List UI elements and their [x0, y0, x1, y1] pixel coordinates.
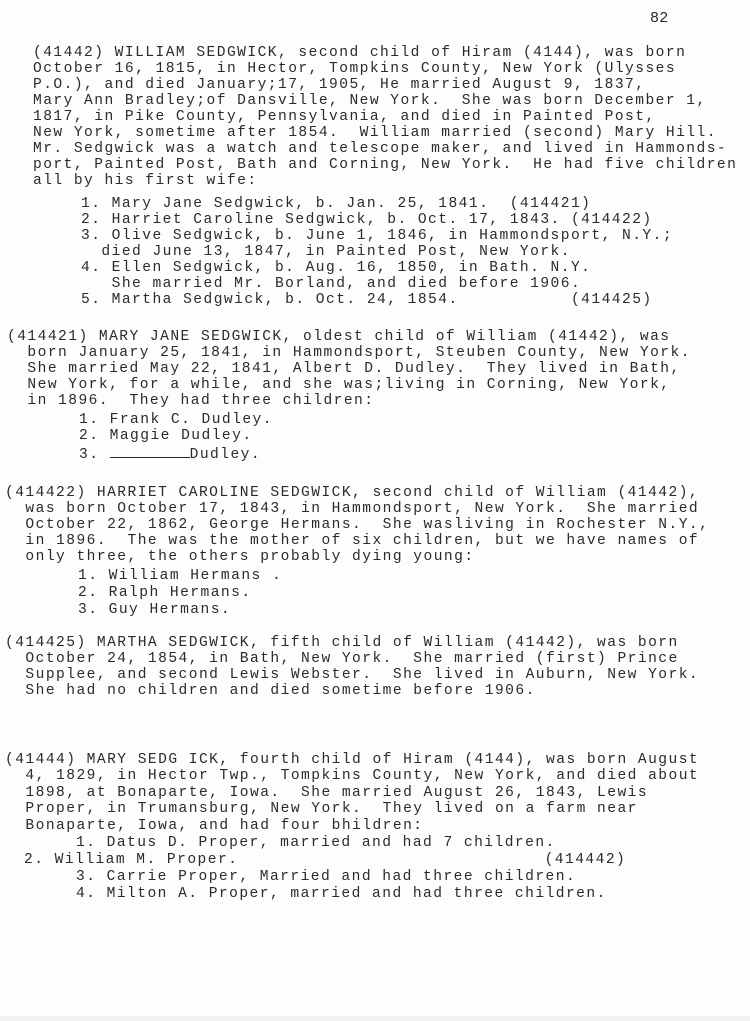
entry-heading-line: (414422) HARRIET CAROLINE SEDGWICK, seco… [5, 485, 699, 501]
entry-text-line: in 1896. They had three children: [7, 393, 374, 409]
entry-text-line: 4, 1829, in Hector Twp., Tompkins County… [5, 768, 699, 784]
child-list-item: 3. Olive Sedgwick, b. June 1, 1846, in H… [81, 228, 673, 244]
entry-text-line: New York, sometime after 1854. William m… [33, 125, 717, 141]
child-list-item: She married Mr. Borland, and died before… [81, 276, 581, 292]
entry-text-line: born January 25, 1841, in Hammondsport, … [7, 345, 691, 361]
entry-text-line: only three, the others probably dying yo… [5, 549, 475, 565]
child-list-item: died June 13, 1847, in Painted Post, New… [81, 244, 571, 260]
child-list-item: 1. Mary Jane Sedgwick, b. Jan. 25, 1841.… [81, 196, 591, 212]
entry-text-line: Mary Ann Bradley;of Dansville, New York.… [33, 93, 707, 109]
entry-text-line: She married May 22, 1841, Albert D. Dudl… [7, 361, 681, 377]
child-list-number: 3. [79, 447, 110, 463]
entry-text-line: October 22, 1862, George Hermans. She wa… [5, 517, 709, 533]
entry-text-line: Bonaparte, Iowa, and had four bhildren: [5, 818, 424, 834]
child-list-item: 1. Datus D. Proper, married and had 7 ch… [76, 835, 556, 851]
child-list-item: 2. Harriet Caroline Sedgwick, b. Oct. 17… [81, 212, 653, 228]
child-list-item: 2. Maggie Dudley. [79, 428, 253, 444]
child-list-item: 3. Guy Hermans. [78, 602, 231, 618]
entry-text-line: Mr. Sedgwick was a watch and telescope m… [33, 141, 727, 157]
child-surname: Dudley. [190, 447, 261, 463]
entry-heading-line: (414421) MARY JANE SEDGWICK, oldest chil… [7, 329, 671, 345]
entry-text-line: 1898, at Bonaparte, Iowa. She married Au… [5, 785, 648, 801]
child-list-item: 4. Milton A. Proper, married and had thr… [76, 886, 607, 902]
child-list-item: 1. Frank C. Dudley. [79, 412, 273, 428]
entry-text-line: 1817, in Pike County, Pennsylvania, and … [33, 109, 656, 125]
child-list-item: 2. William M. Proper. (414442) [24, 852, 626, 868]
child-list-item: 5. Martha Sedgwick, b. Oct. 24, 1854. (4… [81, 292, 653, 308]
document-page: 82 (41442) WILLIAM SEDGWICK, second chil… [0, 0, 750, 1021]
entry-heading-line: (414425) MARTHA SEDGWICK, fifth child of… [5, 635, 679, 651]
page-bottom-edge [0, 1016, 750, 1021]
entry-text-line: port, Painted Post, Bath and Corning, Ne… [33, 157, 737, 173]
entry-text-line: She had no children and died sometime be… [5, 683, 536, 699]
page-number: 82 [650, 10, 669, 27]
child-list-item: 1. William Hermans . [78, 568, 282, 584]
child-list-item: 4. Ellen Sedgwick, b. Aug. 16, 1850, in … [81, 260, 591, 276]
child-list-item: 3. Dudley. [79, 445, 261, 463]
entry-text-line: Supplee, and second Lewis Webster. She l… [5, 667, 699, 683]
entry-text-line: October 24, 1854, in Bath, New York. She… [5, 651, 679, 667]
entry-text-line: October 16, 1815, in Hector, Tompkins Co… [33, 61, 676, 77]
entry-heading-line: (41444) MARY SEDG ICK, fourth child of H… [5, 752, 699, 768]
blank-name-underline [110, 445, 190, 458]
entry-text-line: New York, for a while, and she was;livin… [7, 377, 671, 393]
entry-text-line: Proper, in Trumansburg, New York. They l… [5, 801, 638, 817]
entry-text-line: P.O.), and died January;17, 1905, He mar… [33, 77, 645, 93]
entry-text-line: all by his first wife: [33, 173, 258, 189]
entry-text-line: was born October 17, 1843, in Hammondspo… [5, 501, 699, 517]
entry-heading-line: (41442) WILLIAM SEDGWICK, second child o… [33, 45, 686, 61]
child-list-item: 3. Carrie Proper, Married and had three … [76, 869, 576, 885]
entry-text-line: in 1896. The was the mother of six child… [5, 533, 699, 549]
child-list-item: 2. Ralph Hermans. [78, 585, 252, 601]
